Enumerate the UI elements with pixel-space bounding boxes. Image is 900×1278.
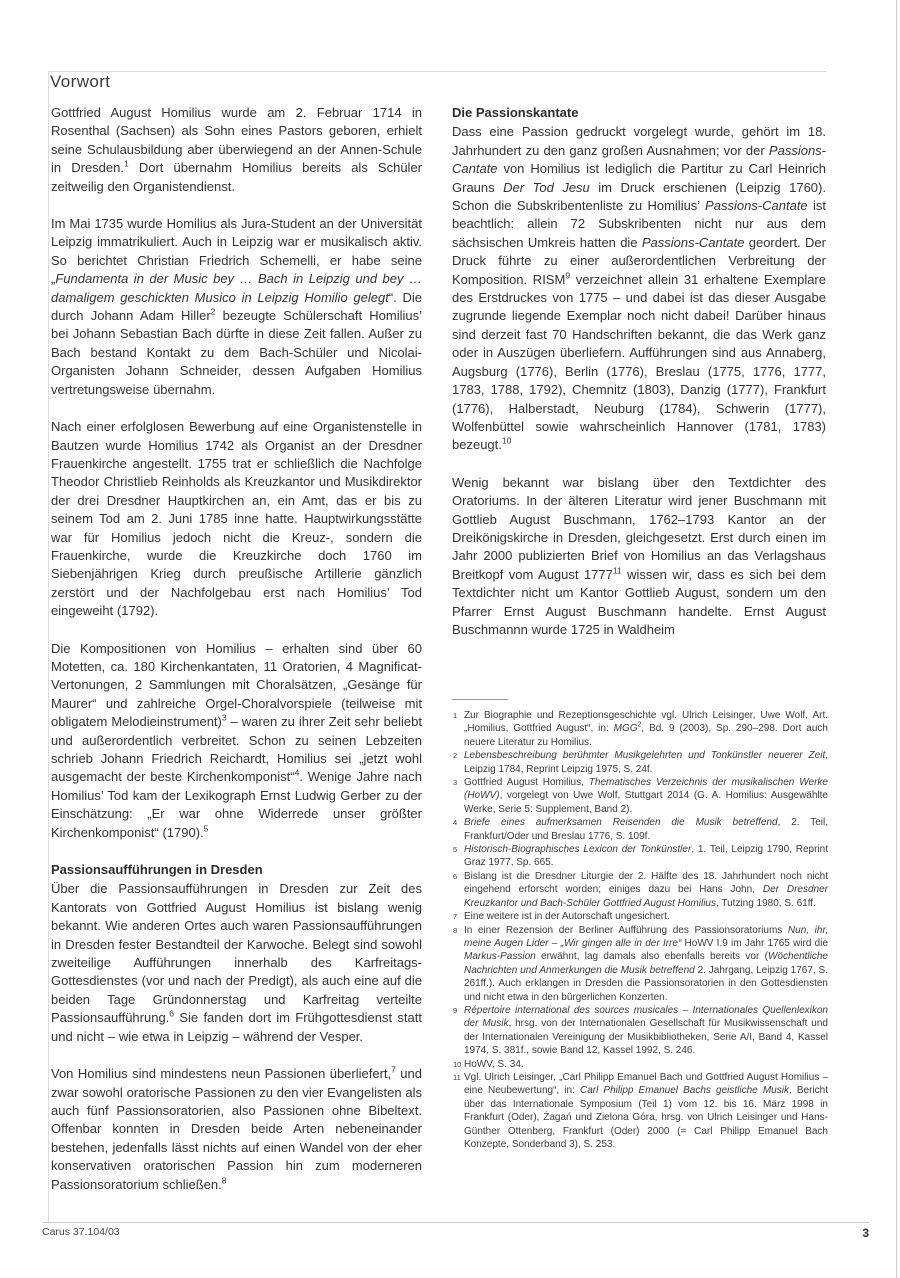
footnote-number: 3 [453, 776, 457, 789]
text-run: HoWV, S. 34. [464, 1059, 524, 1070]
page-footer: Carus 37.104/03 3 [42, 1226, 869, 1240]
footnote-divider [452, 699, 508, 700]
footnote-ref: 11 [613, 565, 622, 575]
paragraph: Im Mai 1735 wurde Homilius als Jura-Stud… [51, 215, 422, 399]
footnote-block: 1Zur Biographie und Rezeptionsgeschichte… [452, 699, 828, 1151]
section-heading: Die Passionskantate [452, 104, 826, 122]
section-heading: Passionsaufführungen in Dresden [51, 861, 422, 879]
text-run: , Tutzing 1980, S. 61ff. [716, 898, 816, 909]
paragraph: Nach einer erfolglosen Bewerbung auf ein… [51, 418, 422, 620]
text-run: Briefe eines aufmerksamen Reisenden die … [464, 817, 778, 828]
footnote-number: 7 [453, 910, 457, 923]
document-page: Vorwort Gottfried August Homilius wurde … [0, 0, 900, 1278]
text-run: verzeichnet allein 31 erhaltene Exemplar… [452, 272, 826, 453]
text-run: , vorgelegt von Uwe Wolf, Stuttgart 2014… [464, 790, 828, 814]
footnote-ref: 8 [222, 1175, 227, 1185]
text-run: Carl Philipp Emanuel Bachs geistliche Mu… [580, 1085, 789, 1096]
page-title: Vorwort [50, 72, 110, 92]
text-run: Von Homilius sind mindestens neun Passio… [51, 1066, 391, 1081]
text-run: Passions-Cantate [642, 235, 745, 250]
text-run: Gottfried August Homilius, [464, 777, 589, 788]
text-run: Der Tod Jesu [503, 180, 590, 195]
footnote-text: In einer Rezension der Berliner Aufführu… [464, 925, 828, 1003]
text-run: Fundamenta in der Music bey … Bach in Le… [51, 271, 422, 304]
text-run: Wenig bekannt war bislang über den Textd… [452, 475, 826, 582]
right-text-column: Die PassionskantateDass eine Passion ged… [452, 104, 826, 658]
text-run: „Wir gingen alle in der Irre“ [561, 938, 682, 949]
footnote-number: 11 [453, 1071, 461, 1084]
footnote: 8In einer Rezension der Berliner Aufführ… [452, 924, 828, 1004]
footnote: 10HoWV, S. 34. [452, 1058, 828, 1071]
footnote-text: Gottfried August Homilius, Thematisches … [464, 777, 828, 815]
text-run: In einer Rezension der Berliner Aufführu… [464, 925, 788, 936]
text-run: Eine weitere ist in der Autorschaft unge… [464, 911, 670, 922]
text-run: MGG [614, 723, 638, 734]
left-text-column: Gottfried August Homilius wurde am 2. Fe… [51, 104, 422, 1213]
footnote-text: Répertoire international des sources mus… [464, 1005, 828, 1056]
footnote: 5Historisch-Biographisches Lexicon der T… [452, 843, 828, 870]
footnote-number: 8 [453, 924, 457, 937]
footnote-number: 1 [453, 709, 457, 722]
text-run: Passions-Cantate [705, 198, 808, 213]
footnote-list: 1Zur Biographie und Rezeptionsgeschichte… [452, 709, 828, 1151]
footnote-number: 6 [453, 870, 457, 883]
footnote: 2Lebensbeschreibung berühmter Musikgeleh… [452, 749, 828, 776]
text-run: Historisch-Biographisches Lexicon der To… [464, 844, 691, 855]
footnote-number: 5 [453, 843, 457, 856]
text-run: erwähnt, lag damals also ebenfalls berei… [536, 951, 768, 962]
footnote-ref: 10 [502, 436, 511, 446]
text-run: Markus-Passion [464, 951, 536, 962]
footnote-text: Zur Biographie und Rezeptionsgeschichte … [464, 710, 828, 748]
footnote-text: Historisch-Biographisches Lexicon der To… [464, 844, 828, 868]
paragraph: Dass eine Passion gedruckt vorgelegt wur… [452, 123, 826, 454]
catalog-number: Carus 37.104/03 [42, 1226, 120, 1238]
footnote-number: 10 [453, 1058, 461, 1071]
text-run: und zwar sowohl oratorische Passionen zu… [51, 1066, 422, 1191]
paragraph: Wenig bekannt war bislang über den Textd… [452, 474, 826, 640]
text-run: HoWV I.9 im Jahr 1765 wird die [681, 938, 828, 949]
page-number: 3 [862, 1226, 869, 1240]
footnote-number: 2 [453, 749, 457, 762]
paragraph: Die Kompositionen von Homilius – erhalte… [51, 640, 422, 842]
footnote-text: Lebensbeschreibung berühmter Musikgelehr… [464, 750, 828, 774]
footnote-ref: 5 [204, 823, 209, 833]
paragraph: Von Homilius sind mindestens neun Passio… [51, 1065, 422, 1194]
footnote: 3Gottfried August Homilius, Thematisches… [452, 776, 828, 816]
footnote: 11Vgl. Ulrich Leisinger, „Carl Philipp E… [452, 1071, 828, 1151]
footnote-text: Briefe eines aufmerksamen Reisenden die … [464, 817, 828, 841]
footnote-number: 9 [453, 1004, 457, 1017]
footnote-text: HoWV, S. 34. [464, 1059, 524, 1070]
paragraph: Über die Passionsaufführungen in Dresden… [51, 880, 422, 1046]
footnote-text: Vgl. Ulrich Leisinger, „Carl Philipp Ema… [464, 1072, 828, 1150]
footnote: 6Bislang ist die Dresdner Liturgie der 2… [452, 870, 828, 910]
footnote-text: Bislang ist die Dresdner Liturgie der 2.… [464, 871, 828, 909]
page-right-edge-line [896, 0, 897, 1278]
text-run: Über die Passionsaufführungen in Dresden… [51, 881, 422, 1025]
footnote: 1Zur Biographie und Rezeptionsgeschichte… [452, 709, 828, 749]
footnote-number: 4 [453, 816, 457, 829]
footnote: 9Répertoire international des sources mu… [452, 1004, 828, 1058]
text-run: , hrsg. von der Internationalen Gesellsc… [464, 1018, 828, 1056]
footnote-text: Eine weitere ist in der Autorschaft unge… [464, 911, 670, 922]
footnote: 4Briefe eines aufmerksamen Reisenden die… [452, 816, 828, 843]
text-run: – [549, 938, 561, 949]
text-run: Nach einer erfolglosen Bewerbung auf ein… [51, 419, 422, 618]
footer-rule [42, 1222, 869, 1223]
scan-border-top-line [48, 71, 826, 72]
footnote: 7Eine weitere ist in der Autorschaft ung… [452, 910, 828, 923]
scan-border-left-line [48, 71, 49, 1222]
text-run: Lebensbeschreibung berühmter Musikgelehr… [464, 750, 825, 761]
paragraph: Gottfried August Homilius wurde am 2. Fe… [51, 104, 422, 196]
